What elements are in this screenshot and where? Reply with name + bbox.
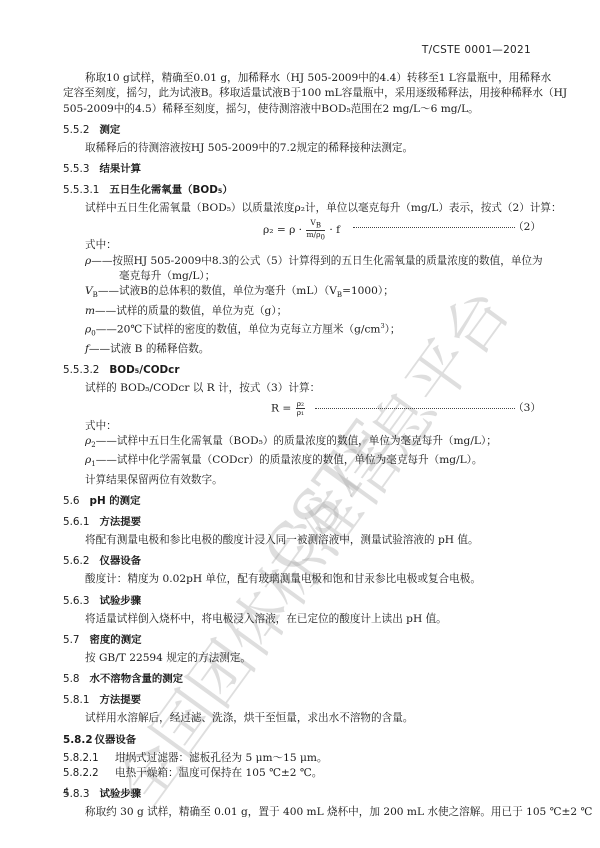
document-page: 全国团体标准信息平台 CSTE T/CSTE 0001—2021 称取10 g试… [0, 0, 600, 848]
formula-3-lhs: R = [271, 402, 291, 414]
leader-dots [315, 400, 515, 409]
note-significant-figures: 计算结果保留两位有效数字。 [63, 473, 541, 488]
heading-5-6-3: 5.6.3试验步骤 [63, 594, 541, 609]
heading-5-5-3-1: 5.5.3.1五日生化需氧量（BOD₅） [63, 183, 541, 198]
def-m: m——试样的质量的数值，单位为克（g）； [63, 304, 541, 319]
text-5-5-2: 取稀释后的待测溶液按HJ 505-2009中的7.2规定的稀释接种法测定。 [63, 141, 541, 156]
def-rho0: ρ0——20℃下试样的密度的数值，单位为克每立方厘米（g/cm3）； [63, 319, 541, 342]
intro-line-1: 称取10 g试样，精确至0.01 g，加稀释水（HJ 505-2009中的4.4… [63, 71, 541, 86]
def-f: f——试液 B 的稀释倍数。 [63, 342, 541, 357]
heading-5-8-3: 5.8.3试验步骤 [63, 787, 541, 802]
intro-line-3: 505-2009中的4.5）稀释至刻度，摇匀，使待测溶液中BOD₅范围在2 mg… [63, 102, 541, 117]
formula-3-fraction: ρ₂ ρ₁ [296, 400, 305, 417]
heading-5-6-2: 5.6.2仪器设备 [63, 554, 541, 569]
def-vb: VB——试液B的总体积的数值，单位为毫升（mL）（VB=1000）； [63, 284, 541, 303]
intro-line-2: 定容至刻度，摇匀，此为试液B。移取适量试液B于100 mL容量瓶中，采用逐级稀释… [63, 86, 541, 101]
heading-5-7: 5.7密度的测定 [63, 633, 541, 648]
formula-2: ρ₂ = ρ · VB m/ρ0 · f （2） [63, 216, 541, 238]
heading-5-8: 5.8水不溶物含量的测定 [63, 672, 541, 687]
heading-5-8-2: 5.8.2仪器设备 [63, 733, 541, 748]
page-number: 4 [63, 787, 69, 798]
def-rho-cont: 毫克每升（mg/L）； [63, 269, 541, 284]
text-5-6-2: 酸度计：精度为 0.02pH 单位，配有玻璃测量电极和饱和甘汞参比电极或复合电极… [63, 572, 541, 587]
text-5-8-3: 称取约 30 g 试样，精确至 0.01 g，置于 400 mL 烧杯中，加 2… [63, 805, 541, 820]
item-5-8-2-1: 5.8.2.1坩埚式过滤器：滤板孔径为 5 μm～15 μm。 [63, 751, 541, 766]
leader-dots [353, 219, 515, 228]
document-body: 称取10 g试样，精确至0.01 g，加稀释水（HJ 505-2009中的4.4… [63, 71, 541, 820]
equation-number-3: （3） [513, 400, 541, 415]
heading-5-6-1: 5.6.1方法提要 [63, 515, 541, 530]
text-5-8-1: 试样用水溶解后，经过滤、洗涤，烘干至恒量，求出水不溶物的含量。 [63, 711, 541, 726]
equation-number-2: （2） [513, 219, 541, 234]
formula-2-rhs: · f [329, 224, 340, 236]
text-5-7: 按 GB/T 22594 规定的方法测定。 [63, 651, 541, 666]
text-5-5-3-1: 试样中五日生化需氧量（BOD₅）以质量浓度ρ₂计，单位以毫克每升（mg/L）表示… [63, 201, 541, 216]
formula-3: R = ρ₂ ρ₁ （3） [63, 397, 541, 419]
def-rho2: ρ2——试样中五日生化需氧量（BOD₅）的质量浓度的数值，单位为毫克每升（mg/… [63, 434, 541, 453]
heading-5-8-1: 5.8.1方法提要 [63, 693, 541, 708]
formula-2-fraction: VB m/ρ0 [306, 219, 325, 241]
def-rho1: ρ1——试样中化学需氧量（CODcr）的质量浓度的数值，单位为毫克每升（mg/L… [63, 453, 541, 472]
heading-5-5-2: 5.5.2测定 [63, 123, 541, 138]
text-5-6-1: 将配有测量电极和参比电极的酸度计浸入同一被测溶液中，测量试验溶液的 pH 值。 [63, 533, 541, 548]
heading-5-6: 5.6pH 的测定 [63, 494, 541, 509]
document-code: T/CSTE 0001—2021 [422, 44, 531, 56]
heading-5-5-3-2: 5.5.3.2BOD₅/CODcr [63, 363, 541, 378]
text-5-6-3: 将适量试样倒入烧杯中，将电极浸入溶液，在已定位的酸度计上读出 pH 值。 [63, 612, 541, 627]
text-5-5-3-2: 试样的 BOD₅/CODcr 以 R 计，按式（3）计算： [63, 381, 541, 396]
heading-5-5-3: 5.5.3结果计算 [63, 162, 541, 177]
item-5-8-2-2: 5.8.2.2电热干燥箱：温度可保持在 105 ℃±2 ℃。 [63, 766, 541, 781]
where-label-3: 式中： [63, 419, 541, 434]
formula-2-lhs: ρ₂ = ρ · [263, 224, 302, 236]
def-rho: ρ——按照HJ 505-2009中8.3的公式（5）计算得到的五日生化需氧量的质… [63, 254, 541, 269]
